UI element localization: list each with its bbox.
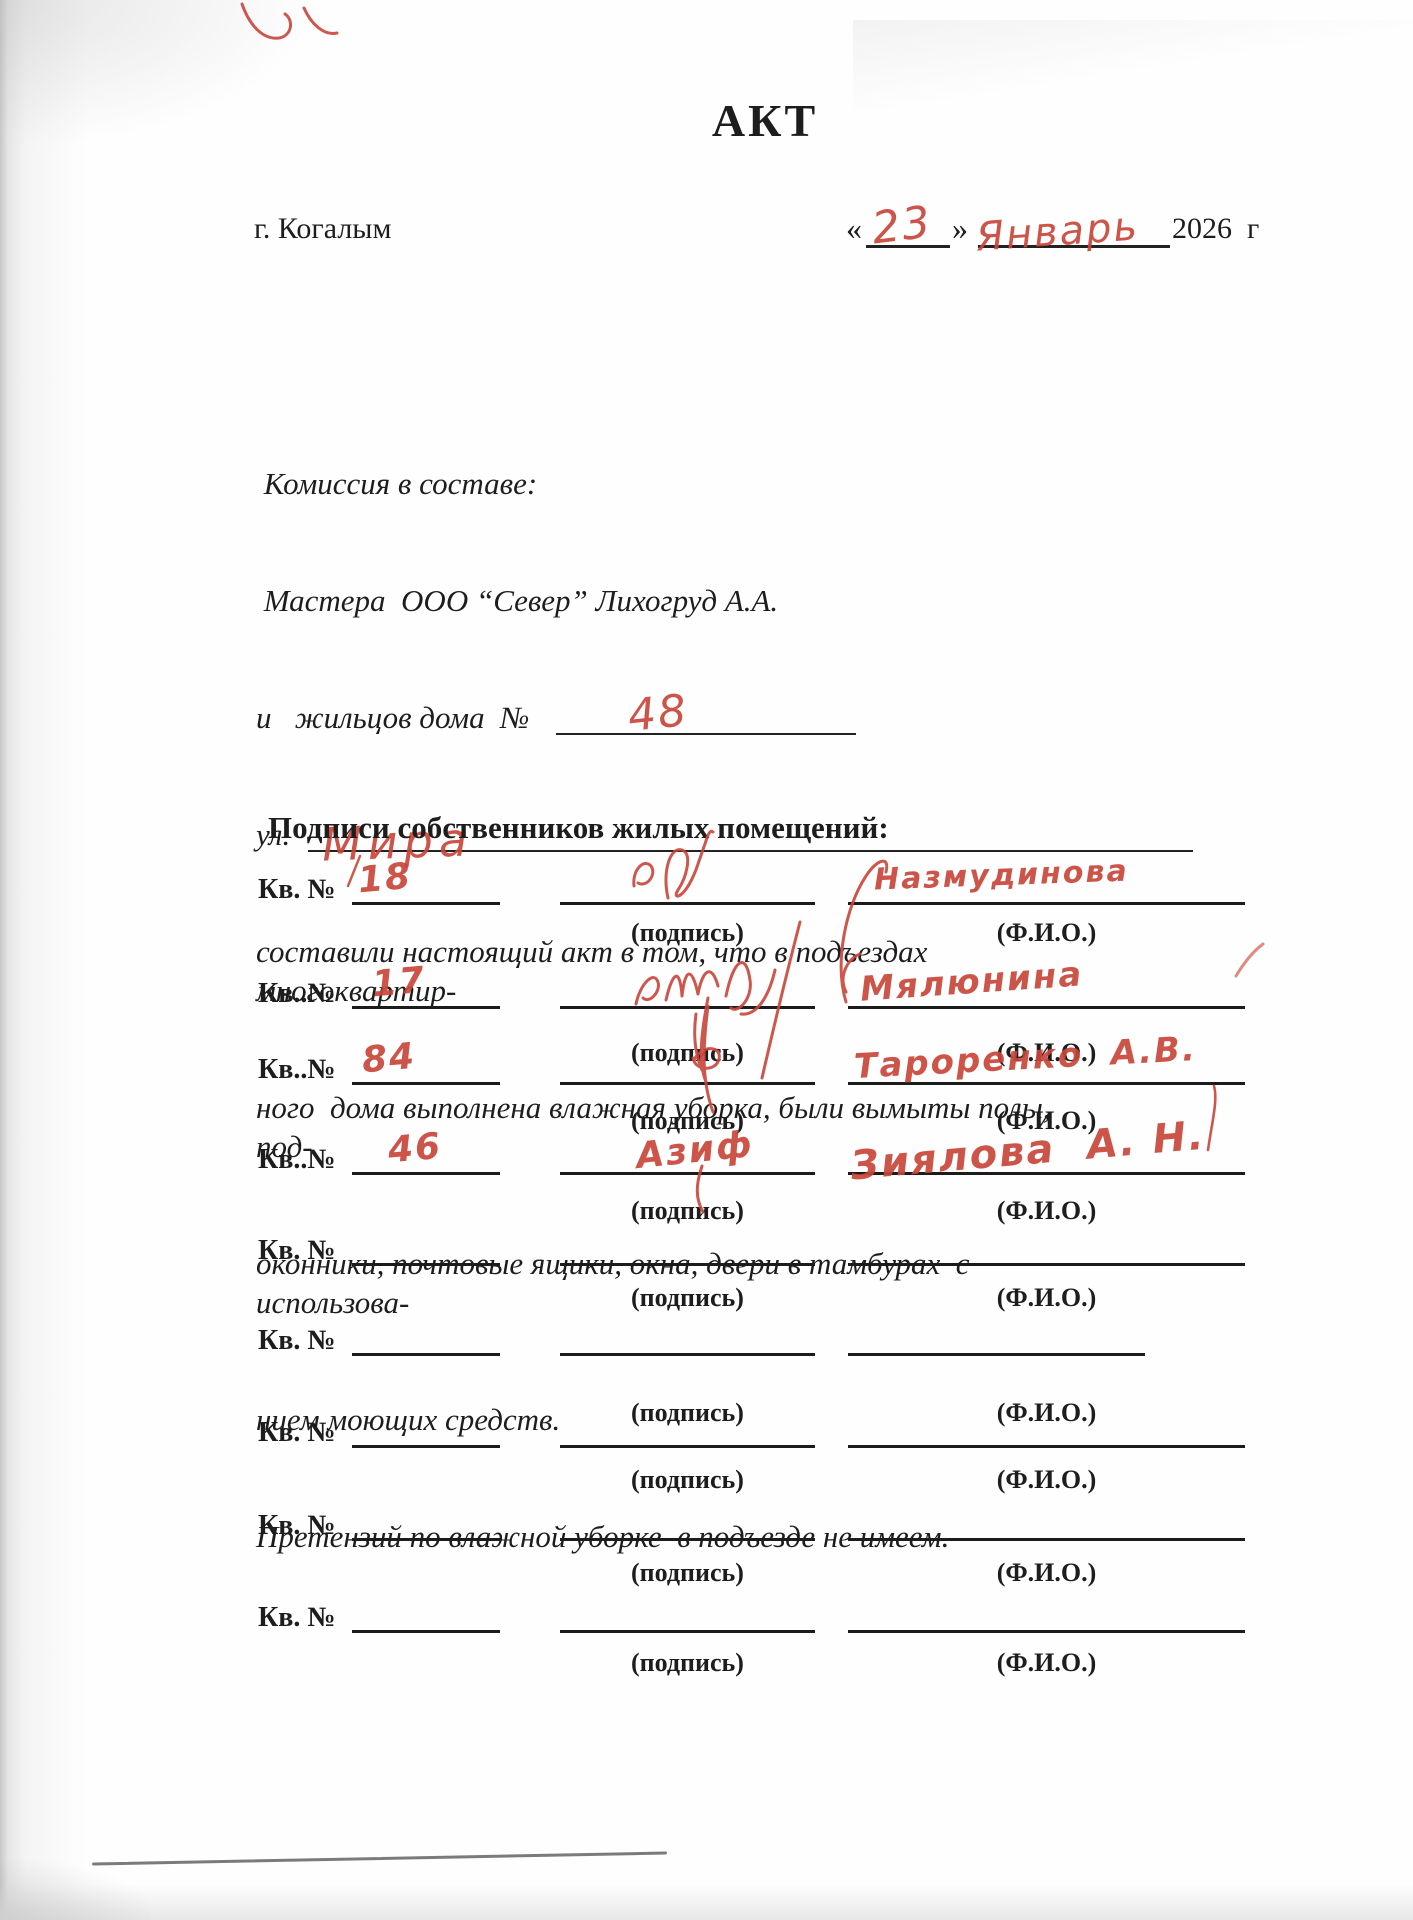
signature-row: Кв..№ (подпись) (Ф.И.О.) 17 Мялюнина xyxy=(0,978,1413,1058)
kv-underline xyxy=(352,1082,500,1085)
kv-underline xyxy=(352,902,500,905)
kv-label: Кв. № xyxy=(258,874,336,906)
handwritten-kv-number: 18 xyxy=(356,856,413,902)
kv-label: Кв..№ xyxy=(258,978,336,1010)
signature-row: Кв. № (подпись) (Ф.И.О.) xyxy=(0,1235,1413,1315)
kv-underline xyxy=(352,1006,500,1009)
fio-label: (Ф.И.О.) xyxy=(848,1648,1245,1678)
fio-underline xyxy=(848,1353,1145,1356)
signature-row: Кв. № (подпись) (Ф.И.О.) xyxy=(0,1325,1413,1405)
sign-underline xyxy=(560,1538,815,1541)
sign-label: (подпись) xyxy=(560,1558,815,1588)
scan-corner-shade xyxy=(0,0,320,150)
house-prefix: и жильцов дома № xyxy=(256,700,529,735)
sign-label: (подпись) xyxy=(560,1465,815,1495)
kv-label: Кв..№ xyxy=(258,1144,336,1176)
kv-label: Кв. № xyxy=(258,1602,336,1634)
sign-underline xyxy=(560,1082,815,1085)
sign-underline xyxy=(560,1006,815,1009)
fio-label: (Ф.И.О.) xyxy=(848,918,1245,948)
fio-label: (Ф.И.О.) xyxy=(848,1283,1245,1313)
house-line: и жильцов дома №48 xyxy=(256,698,1076,737)
date-open-quote: « xyxy=(846,210,862,247)
city-label: г. Когалым xyxy=(254,212,391,246)
kv-label: Кв. № xyxy=(258,1417,336,1449)
intro-line: Мастера ООО “Север” Лихогруд А.А. xyxy=(256,581,1076,620)
kv-label: Кв. № xyxy=(258,1510,336,1542)
kv-underline xyxy=(352,1630,500,1633)
signature-row: Кв. № (подпись) (Ф.И.О.) xyxy=(0,1602,1413,1682)
handwritten-kv-number: 17 xyxy=(370,960,427,1006)
kv-underline xyxy=(352,1353,500,1356)
handwritten-day: 23 xyxy=(869,197,935,255)
fio-underline xyxy=(848,1263,1245,1266)
kv-underline xyxy=(352,1538,500,1541)
handwritten-kv-number: 84 xyxy=(360,1036,417,1082)
handwritten-house-number: 48 xyxy=(626,691,690,736)
fio-underline xyxy=(848,902,1245,905)
fio-label: (Ф.И.О.) xyxy=(848,1196,1245,1226)
kv-underline xyxy=(352,1263,500,1266)
scan-crease xyxy=(853,20,1413,110)
signature-row: Кв..№ (подпись) (Ф.И.О.) 46 Азиф Зиялова… xyxy=(0,1144,1413,1224)
signature-row: Кв. № (подпись) (Ф.И.О.) xyxy=(0,1510,1413,1590)
sign-underline xyxy=(560,1445,815,1448)
document-page: АКТ г. Когалым « 23 » Январь 2026 г Коми… xyxy=(0,0,1413,1920)
scan-corner-shade xyxy=(0,1860,150,1920)
signature-row: Кв. № (подпись) (Ф.И.О.) xyxy=(0,1417,1413,1497)
kv-label: Кв..№ xyxy=(258,1054,336,1086)
kv-label: Кв. № xyxy=(258,1235,336,1267)
handwritten-month: Январь xyxy=(975,203,1141,260)
intro-line: Комиссия в составе: xyxy=(256,464,1076,503)
sign-label: (подпись) xyxy=(560,918,815,948)
handwritten-fio: Назмудинова xyxy=(873,854,1129,898)
kv-label: Кв. № xyxy=(258,1325,336,1357)
fio-label: (Ф.И.О.) xyxy=(848,1558,1245,1588)
sign-label: (подпись) xyxy=(560,1196,815,1226)
signatures-header: Подписи собственников жилых помещений: xyxy=(268,810,889,846)
date-close-quote: » xyxy=(952,210,968,247)
kv-underline xyxy=(352,1445,500,1448)
sign-label: (подпись) xyxy=(560,1283,815,1313)
sign-label: (подпись) xyxy=(560,1648,815,1678)
sign-underline xyxy=(560,1172,815,1175)
date-month-underline: Январь xyxy=(978,211,1170,248)
fio-label: (Ф.И.О.) xyxy=(848,1465,1245,1495)
kv-underline xyxy=(352,1172,500,1175)
sign-underline xyxy=(560,902,815,905)
scan-page-edge-line xyxy=(92,1851,667,1865)
fio-underline xyxy=(848,1445,1245,1448)
sign-underline xyxy=(560,1353,815,1356)
sign-underline xyxy=(560,1630,815,1633)
handwritten-kv-number: 46 xyxy=(386,1126,443,1172)
date-year: 2026 г xyxy=(1172,212,1259,246)
fio-underline xyxy=(848,1630,1245,1633)
house-underline xyxy=(556,733,856,735)
fio-underline xyxy=(848,1538,1245,1541)
sign-underline xyxy=(560,1263,815,1266)
signature-row: Кв. № (подпись) (Ф.И.О.) 18 Назмудинова xyxy=(0,874,1413,954)
date-day-underline: 23 xyxy=(866,211,950,248)
page-title: АКТ xyxy=(712,94,818,147)
scan-bottom-shade xyxy=(0,1884,1413,1920)
